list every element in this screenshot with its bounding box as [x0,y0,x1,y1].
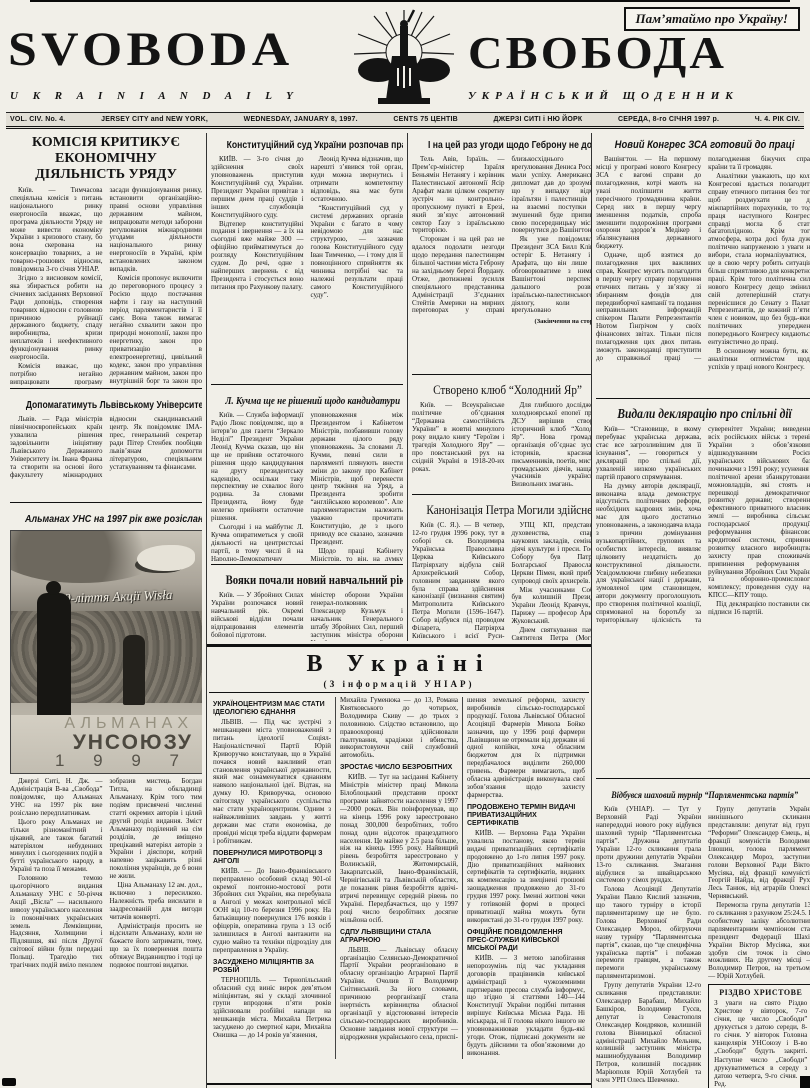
painting-horse [137,545,195,571]
headline: І на цей раз угоди щодо Геброну не досяг… [428,140,591,151]
volume-number: VOL. CIV. No. 4. [10,116,65,123]
paragraph: Київ. — Всеукраїнське політичне об’єднан… [412,402,505,473]
paragraph: Днем святкування пам’яті Святителя Петра… [512,627,592,641]
news-body: ТЕРНОПІЛЬ. — Тернопільський обласний суд… [213,977,331,1040]
section-title: В Україні [209,651,589,678]
news-body: ЛЬВІВ. — Під час зустрічі з мешканцями м… [213,719,331,846]
paragraph: Для глибшого дослідження холодноярської … [512,402,592,489]
article-mohyla: Канонізація Петра Могили здійснена Київ … [412,499,591,641]
section-v-ukraini: В Україні (З інформацій УНІАР) УКРАЇНОЦЕ… [207,644,591,1085]
article-court: Конституційний суд України розпочав прац… [211,133,403,381]
column-3: І на цей раз угоди щодо Геброну не досяг… [408,133,591,641]
paragraph: Адміністрація просить не відсилати Альма… [110,923,203,970]
continuation-note: (Закінчення на стор. 3) [414,318,591,325]
paragraph: Київ— “Становище, в якому перебуває укра… [596,426,701,481]
news-heading: ЗРОСТАЄ ЧИСЛО БЕЗРОБІТНИХ [340,764,458,772]
headline: Новий Конгрес ЗСА готовий до праці [615,139,795,151]
newspaper-front-page: Пам’ятаймо про Україну! SVOBODA [0,0,810,1088]
paragraph: Групу депутатів України 12-го скликання … [596,982,701,1085]
title-cyrillic: СВОБОДА [468,26,727,79]
paragraph: КИЇВ. — До Івано-Франківського переправл… [213,868,331,955]
divider [211,564,403,565]
column-left: КОМІСІЯ КРИТИКУЄ ЕКОНОМІЧНУ ДІЯЛЬНІСТЬ У… [6,133,206,1088]
headline: Створено клюб “Холодний Яр” [434,382,583,398]
divider [412,494,591,495]
news-continuation: Михайла Гуменюка — до 13, Романа Квятков… [340,697,458,760]
news-heading: ПРОДОВЖЕНО ТЕРМІН ВИДАЧІ ПРИВАТИЗАЦІЙНИХ… [467,804,585,828]
paragraph: Джерзі Ситі, Н. Дж. — Адміністрація В-ва… [10,778,103,818]
headline: Л. Кучма ще не рішений щодо кандидатури [225,396,400,407]
article-kholodny-yar: Створено клюб “Холодний Яр” Київ. — Всеу… [412,379,591,491]
divider [596,778,810,779]
article-body: Київ. — У Збройних Силах України розпоча… [211,592,403,641]
news-heading: ПОВЕРНУЛИСЯ МИРОТВОРЦІ З АНГОЛІ [213,850,331,866]
news-heading: СДПУ ЛЬВІВЩИНИ СТАЛА АГРАРНОЮ [340,929,458,945]
notice-heading: РІЗДВО ХРИСТОВЕ [714,988,807,997]
article-soldiers: Вояки почали новий навчальний рік Київ. … [211,569,403,641]
divider [10,388,202,389]
christmas-notice-box: РІЗДВО ХРИСТОВЕ З уваги на свято Різдво … [708,984,810,1088]
news-heading: УКРАЇНОЦЕНТРИЗМ МАЄ СТАТИ ІДЕОЛОГІЄЮ ЄДН… [213,701,331,717]
article-chess: Відбувся шаховий турнір “Парляментська п… [596,783,810,1088]
divider [412,374,591,375]
page-columns: КОМІСІЯ КРИТИКУЄ ЕКОНОМІЧНУ ДІЯЛЬНІСТЬ У… [6,133,804,1088]
paragraph: Цього року Альманах не тільки різноманіт… [10,819,103,874]
paragraph: КИЇВ. — 3-го січня до здійснення своїх у… [211,156,304,219]
paragraph: Голова Асоціяції Депутатів України Павло… [596,886,701,981]
paragraph: “Конституційний суд у системі державних … [311,205,404,300]
paragraph: КИЇВ. — З метою запобігання непорозумінь… [467,955,585,1058]
news-body: КИЇВ. — Тут на засіданні Кабінету Мініст… [340,774,458,924]
paragraph: шення земельної реформи, захисту виробни… [467,697,585,800]
paragraph: Сьогодні і на майбутнє Л. Кучма опиратим… [211,524,304,561]
paragraph: Згідно з висновком комісії, яка збираєть… [10,275,103,362]
paragraph: Відтепер конституційні подання і звернен… [211,221,304,292]
v-ukraini-columns: УКРАЇНОЦЕНТРИЗМ МАЄ СТАТИ ІДЕОЛОГІЄЮ ЄДН… [209,697,589,1059]
article-body: Київ. — Служба інформації Радіо Люкс пов… [211,412,403,561]
news-body: ЛЬВІВ. — Львівську обласну організацію С… [340,947,458,1042]
date-english: WEDNESDAY, JANUARY 8, 1997. [244,116,358,123]
headline: Допомагатимуть Львівському Університетов… [26,400,202,411]
price: CENTS 75 ЦЕНТІВ [393,116,458,123]
paragraph: Щодо праці Кабінету Міністрів, то він, н… [311,548,404,561]
paragraph: Комісія вважає, що потрібно негайно випр… [10,363,103,385]
subtitle-latin: U K R A I N I A N D A I L Y [10,90,299,102]
subtitle-cyrillic: УКРАЇНСЬКИЙ ЩОДЕННИК [468,90,739,102]
news-body: КИЇВ. — Верховна Рада України ухвалила п… [467,830,585,925]
article-kuchma: Л. Кучма ще не рішений щодо кандидатури … [211,389,403,561]
paragraph: Між учасниками Собору був колишній Прези… [512,587,592,627]
article-almanac: Альманах УНС на 1997 рік вже розіслано У… [10,507,202,971]
headline: Альманах УНС на 1997 рік вже розіслано [25,513,202,525]
title-latin: SVOBODA [8,22,294,77]
paragraph: Михайла Гуменюка — до 13, Романа Квятков… [340,697,458,760]
scan-artifact-bottom-right [800,1076,810,1088]
headline: Вояки почали новий навчальний рік [226,573,403,588]
article-body-with-box: Київ (УНІАР). — Тут у Верховній Раді Укр… [596,806,810,1088]
paragraph: Київ (УНІАР). — Тут у Верховній Раді Укр… [596,806,701,885]
column-right: Новий Конгрес ЗСА готовий до праці Вашін… [592,133,810,1088]
paragraph: ТЕРНОПІЛЬ. — Тернопільський обласний суд… [213,977,331,1040]
paragraph: Леонід Кучма відзначив, що нарешті з’яви… [311,156,404,203]
article-body: Львів. — Рада міністрів північноєвропейс… [10,416,202,479]
paragraph: КИЇВ. — Тут на засіданні Кабінету Мініст… [340,774,458,924]
article-university: Допомагатимуть Львівському Університетов… [10,393,202,499]
statue-with-rays-icon [348,8,460,106]
article-body: Джерзі Ситі, Н. Дж. — Адміністрація В-ва… [10,778,202,970]
news-heading: ОФІЦІЙНЕ ПОВІДОМЛЕННЯ ПРЕС-СЛУЖБИ КИЇВСЬ… [467,929,585,953]
article-body: Київ (С. Я.). — В четвер, 12-го грудня 1… [412,522,591,641]
painting-figure-silhouette [123,635,145,705]
v-ukraini-header: В Україні (З інформацій УНІАР) [209,647,589,693]
paragraph: Під деклярацією поставили свої підписи 1… [708,601,810,617]
paragraph: Ціна Альманаху 12 ам. дол., включно з пе… [110,882,203,922]
middle-top-articles: Конституційний суд України розпочав прац… [207,133,591,641]
painting-soldier-silhouette [37,593,71,721]
city-ukrainian: ДЖЕРЗІ СИТІ і НЮ ЙОРК [494,116,583,123]
column-middle-group: Конституційний суд України розпочав прац… [206,133,592,1088]
paragraph: Групу депутатів України нинішнього склик… [708,806,810,901]
divider [10,502,202,503]
headline: Відбувся шаховий турнір “Парляментська п… [611,791,798,801]
paragraph: Аналітики уважають, що коли Конгресові в… [708,173,810,347]
article-body: Київ. — Тимчасова спеціяльна комісія з п… [10,187,202,385]
paragraph: Київ. — У Збройних Силах України розпоча… [211,592,304,639]
news-continuation: шення земельної реформи, захисту виробни… [467,697,585,800]
headline: Конституційний суд України розпочав прац… [227,140,403,151]
paragraph: Тель Авів, Ізраїль. — Прем’єр-міністер І… [412,156,505,235]
article-declaration: Видали деклярацію про спільні дії Київ— … [596,403,810,775]
article-body: Київ— “Становище, в якому перебуває укра… [596,426,810,625]
article-body: Київ. — Всеукраїнське політичне об’єднан… [412,402,591,489]
column-2: Конституційний суд України розпочав прац… [207,133,408,641]
news-body: КИЇВ. — З метою запобігання непорозумінь… [467,955,585,1058]
date-ukrainian: СЕРЕДА, 8-го СІЧНЯ 1997 р. [618,116,719,123]
article-body: Тель Авів, Ізраїль. — Прем’єр-міністер І… [412,156,591,316]
paragraph: Львів. — Рада міністрів північноєвропейс… [10,416,202,479]
article-body: Вашінгтон. — На першому місці у програмі… [596,156,810,371]
scan-artifact-bottom-left [2,1078,16,1086]
news-body: КИЇВ. — До Івано-Франківського переправл… [213,868,331,955]
section-subtitle: (З інформацій УНІАР) [209,679,589,689]
paragraph: В основному можна бути, як і аналітики о… [708,348,810,372]
article-body: КИЇВ. — 3-го січня до здійснення своїх у… [211,156,403,299]
paragraph: УПЦ КП, представники духовенства, єпархі… [512,522,592,585]
article-commission: КОМІСІЯ КРИТИКУЄ ЕКОНОМІЧНУ ДІЯЛЬНІСТЬ У… [10,133,202,385]
paragraph: ЛЬВІВ. — Під час зустрічі з мешканцями м… [213,719,331,846]
dateline-bar: VOL. CIV. No. 4. JERSEY CITY and NEW YOR… [6,112,804,129]
paragraph: Київ. — Тимчасова спеціяльна комісія з п… [10,187,103,274]
paragraph: Комісія пропонує включити до переговорно… [110,275,203,385]
v-ukraini-col-c: шення земельної реформи, захисту виробни… [462,697,589,1059]
divider [211,384,403,385]
paragraph: Перемогла група депутатів 13-го скликанн… [708,902,810,981]
masthead: Пам’ятаймо про Україну! SVOBODA [0,0,810,112]
article-hebron: І на цей раз угоди щодо Геброну не досяг… [412,133,591,371]
article-congress: Новий Конгрес ЗСА готовий до праці Вашін… [596,133,810,395]
headline: Видали деклярацію про спільні дії [617,406,792,422]
paragraph: Вашінгтон. — На першому місці у програмі… [596,156,701,251]
paragraph: Київ. — Служба інформації Радіо Люкс пов… [211,412,304,523]
notice-text: З уваги на свято Різдво Христове у вівто… [714,999,807,1088]
news-heading: ЗАСУДЖЕНО МІЛІЦІЯНТІВ ЗА РОЗБІЙ [213,959,331,975]
cover-title-line3: 1 9 9 7 [55,751,191,771]
paragraph: Київ (С. Я.). — В четвер, 12-го грудня 1… [412,522,505,641]
divider [596,398,810,399]
paragraph: КИЇВ. — Верховна Рада України ухвалила п… [467,830,585,925]
v-ukraini-col-b: Михайла Гуменюка — до 13, Романа Квятков… [335,697,462,1059]
headline: КОМІСІЯ КРИТИКУЄ ЕКОНОМІЧНУ ДІЯЛЬНІСТЬ У… [10,135,202,183]
headline: Канонізація Петра Могили здійснена [426,502,591,518]
paragraph: ЛЬВІВ. — Львівську обласну організацію С… [340,947,458,1042]
paragraph: Як уже повідомлялося, Президент ЗСА Билл… [512,236,592,315]
almanac-cover-photo: У 50-ліття Акції Wisła АЛЬМАНАХ УНСОЮЗУ … [10,530,202,774]
city-english: JERSEY CITY and NEW YORK, [101,116,208,123]
issue-number: Ч. 4. РІК CIV. [755,116,800,123]
v-ukraini-col-a: УКРАЇНОЦЕНТРИЗМ МАЄ СТАТИ ІДЕОЛОГІЄЮ ЄДН… [209,697,335,1059]
